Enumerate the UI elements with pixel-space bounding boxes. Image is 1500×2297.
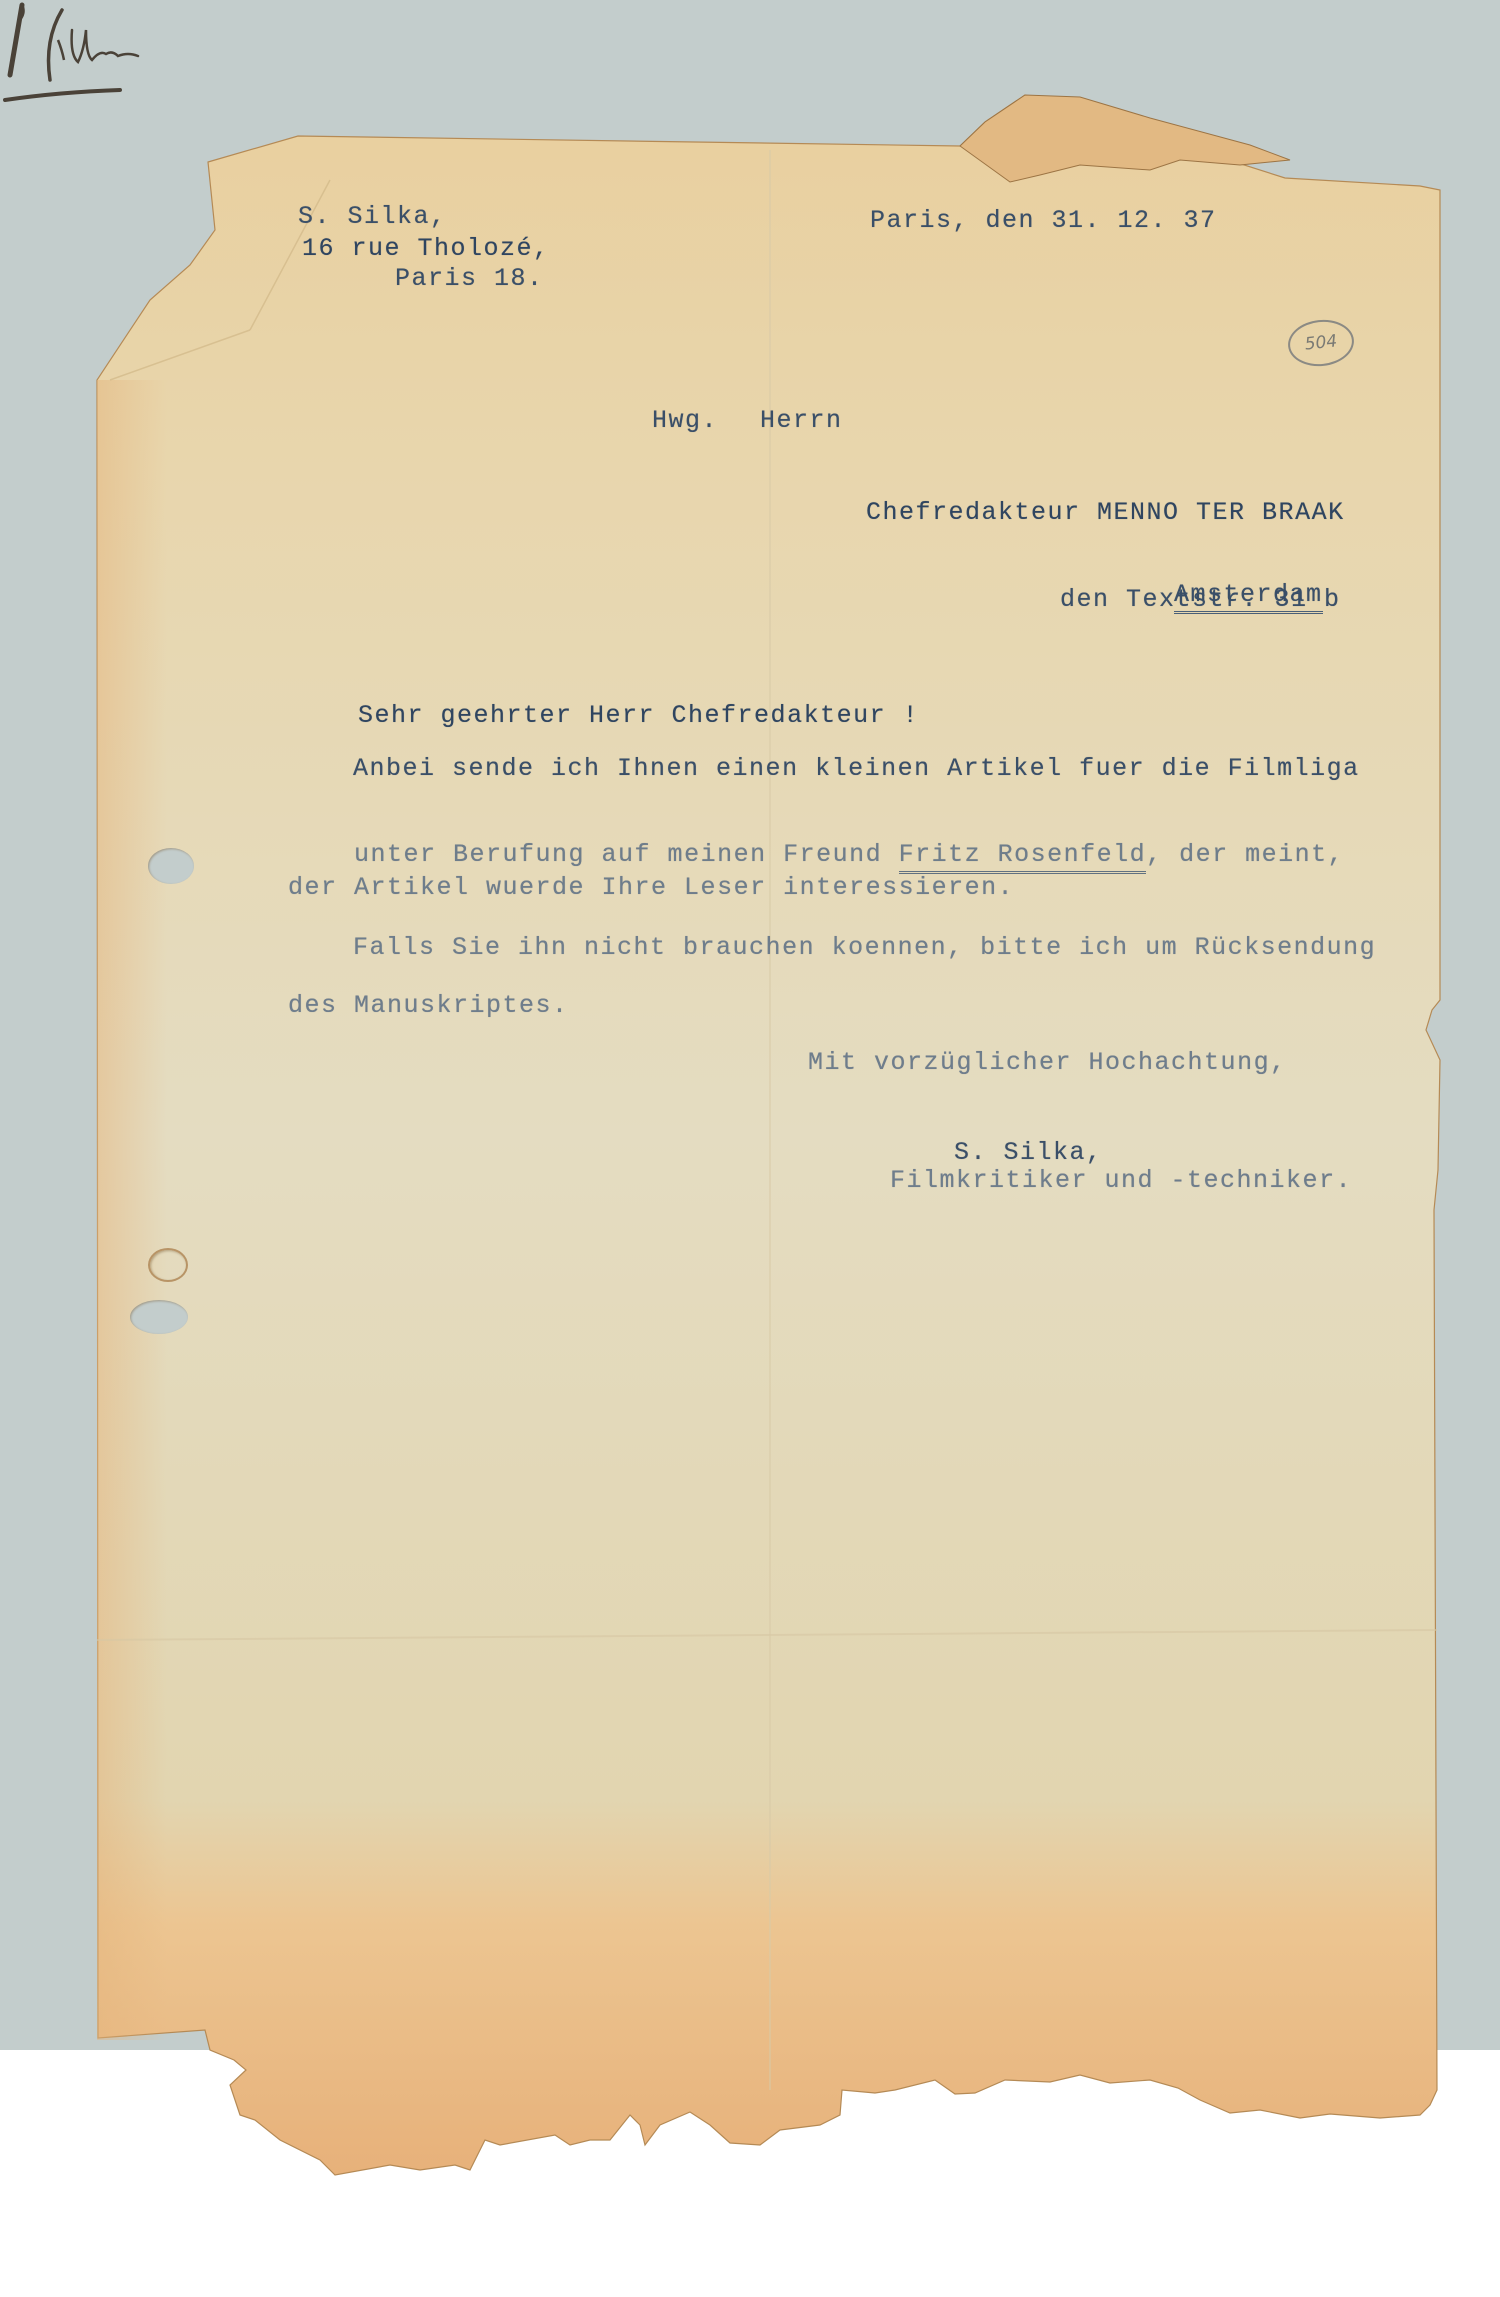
sender-name: S. Silka, bbox=[298, 204, 447, 229]
greeting: Sehr geehrter Herr Chefredakteur ! bbox=[358, 703, 919, 728]
closing: Mit vorzüglicher Hochachtung, bbox=[808, 1050, 1287, 1075]
body-line-2-start: unter Berufung auf meinen Freund bbox=[354, 840, 882, 869]
archive-number: 504 bbox=[1304, 331, 1338, 354]
signature-role: Filmkritiker und -techniker. bbox=[890, 1168, 1352, 1193]
punch-hole-middle bbox=[148, 1248, 188, 1282]
body-line-1: Anbei sende ich Ihnen einen kleinen Arti… bbox=[353, 756, 1360, 781]
body-line-4: Falls Sie ihn nicht brauchen koennen, bi… bbox=[353, 935, 1376, 960]
honorific-abbreviation: Hwg. bbox=[652, 408, 718, 433]
handwritten-signature bbox=[0, 0, 220, 110]
body-line-2-end: , der meint, bbox=[1146, 840, 1344, 869]
honorific-title: Herrn bbox=[760, 408, 843, 433]
recipient-line: Chefredakteur MENNO TER BRAAK bbox=[866, 500, 1345, 525]
body-line-5: des Manuskriptes. bbox=[288, 993, 569, 1018]
sender-street: 16 rue Tholozé, bbox=[302, 236, 550, 261]
referenced-friend-name: Fritz Rosenfeld bbox=[899, 840, 1147, 874]
body-line-3: der Artikel wuerde Ihre Leser interessie… bbox=[288, 875, 1014, 900]
signature-name: S. Silka, bbox=[954, 1140, 1103, 1165]
recipient-address: den Textstr. 31 b bbox=[1060, 587, 1341, 612]
dateline: Paris, den 31. 12. 37 bbox=[870, 208, 1217, 233]
paper-shape bbox=[0, 0, 1500, 2297]
letter-paper: S. Silka, 16 rue Tholozé, Paris 18. Pari… bbox=[0, 0, 1500, 2297]
punch-hole-bottom bbox=[130, 1300, 188, 1334]
punch-hole-top bbox=[148, 848, 194, 884]
sender-city: Paris 18. bbox=[395, 266, 544, 291]
